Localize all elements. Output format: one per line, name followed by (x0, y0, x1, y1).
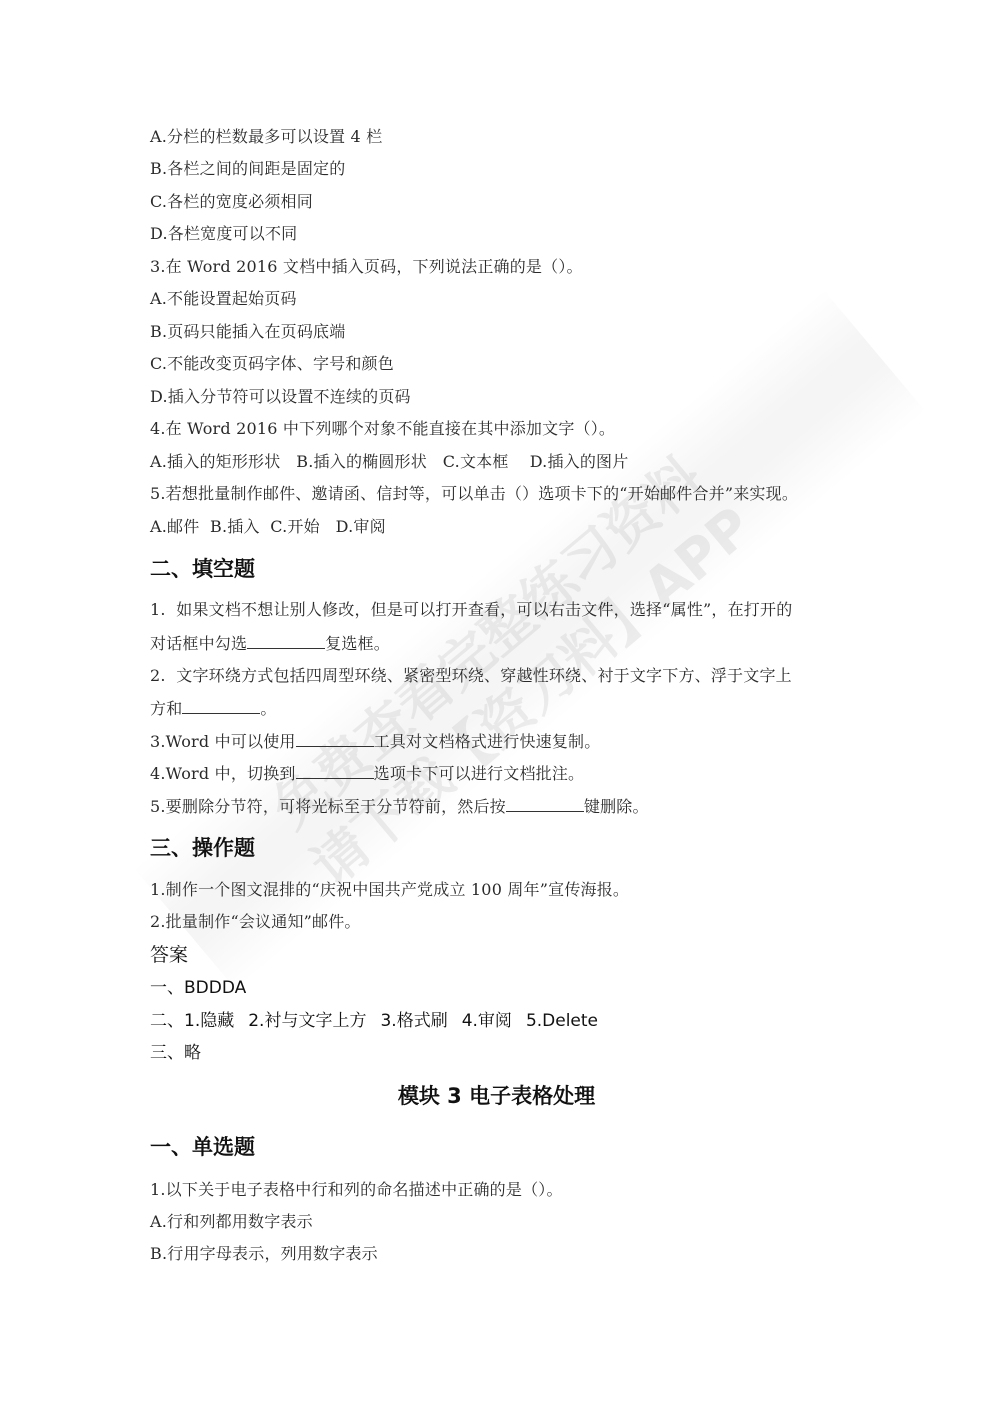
answer-item: 5.Delete (526, 1011, 598, 1031)
q2-option-b: B.各栏之间的间距是固定的 (150, 158, 345, 180)
fill-q5-pre: 5.要删除分节符，可将光标至于分节符前，然后按 (150, 797, 506, 816)
q2-option-c: C.各栏的宽度必须相同 (150, 191, 313, 213)
fill-q3-pre: 3.Word 中可以使用 (150, 732, 296, 751)
fill-q2-pre: 方和 (150, 699, 182, 718)
fill-q4-pre: 4.Word 中，切换到 (150, 764, 296, 783)
fill-q2-line2: 方和。 (150, 697, 277, 720)
answers-title: 答案 (150, 943, 188, 967)
answer-item: 2.衬与文字上方 (248, 1011, 366, 1031)
fill-q1-pre: 对话框中勾选 (150, 634, 247, 653)
fill-q2-line1: 2. 文字环绕方式包括四周型环绕、紧密型环绕、穿越性环绕、衬于文字下方、浮于文字… (150, 665, 792, 687)
q3-option-a: A.不能设置起始页码 (150, 288, 297, 310)
answers-part3: 三、略 (150, 1041, 201, 1065)
blank-line (296, 730, 374, 747)
q5-options: A.邮件 B.插入 C.开始 D.审阅 (150, 516, 386, 538)
fill-q1-line2: 对话框中勾选复选框。 (150, 632, 390, 655)
m3-q1-stem: 1.以下关于电子表格中行和列的命名描述中正确的是（）。 (150, 1179, 563, 1201)
section-operation-title: 三、操作题 (150, 834, 255, 862)
fill-q3-post: 工具对文档格式进行快速复制。 (374, 732, 601, 751)
fill-q2-post: 。 (260, 699, 276, 718)
blank-line (247, 632, 325, 649)
q5-stem: 5.若想批量制作邮件、邀请函、信封等，可以单击（）选项卡下的“开始邮件合并”来实… (150, 483, 798, 505)
q3-stem: 3.在 Word 2016 文档中插入页码，下列说法正确的是（）。 (150, 256, 583, 278)
answers-part2: 二、1.隐藏2.衬与文字上方3.格式刷4.审阅5.Delete (150, 1009, 598, 1033)
q3-option-c: C.不能改变页码字体、字号和颜色 (150, 353, 394, 375)
fill-q4: 4.Word 中，切换到选项卡下可以进行文档批注。 (150, 762, 584, 785)
blank-line (182, 697, 260, 714)
blank-line (296, 762, 374, 779)
answer-item: 4.审阅 (462, 1011, 512, 1031)
document-page: 免费查看完整练习资料 请下载【资刀料】APP A.分栏的栏数最多可以设置 4 栏… (0, 0, 993, 1404)
operation-item-1: 1.制作一个图文混排的“庆祝中国共产党成立 100 周年”宣传海报。 (150, 879, 629, 901)
operation-item-2: 2.批量制作“会议通知”邮件。 (150, 911, 361, 933)
m3-q1-option-b: B.行用字母表示，列用数字表示 (150, 1243, 378, 1265)
fill-q5: 5.要删除分节符，可将光标至于分节符前，然后按键删除。 (150, 795, 649, 818)
section-single-choice-title: 一、单选题 (150, 1133, 255, 1161)
answers-part1: 一、BDDDA (150, 976, 246, 1000)
blank-line (506, 795, 584, 812)
fill-q1-line1: 1. 如果文档不想让别人修改，但是可以打开查看，可以右击文件，选择“属性”，在打… (150, 599, 792, 621)
q2-option-d: D.各栏宽度可以不同 (150, 223, 297, 245)
fill-q1-post: 复选框。 (325, 634, 390, 653)
module-title: 模块 3 电子表格处理 (0, 1082, 993, 1110)
answer-item: 3.格式刷 (380, 1011, 447, 1031)
q3-option-d: D.插入分节符可以设置不连续的页码 (150, 386, 411, 408)
answer-item: 1.隐藏 (184, 1011, 234, 1031)
q4-stem: 4.在 Word 2016 中下列哪个对象不能直接在其中添加文字（）。 (150, 418, 615, 440)
m3-q1-option-a: A.行和列都用数字表示 (150, 1211, 313, 1233)
q4-options: A.插入的矩形形状 B.插入的椭圆形状 C.文本框 D.插入的图片 (150, 451, 628, 473)
q3-option-b: B.页码只能插入在页码底端 (150, 321, 345, 343)
fill-q5-post: 键删除。 (584, 797, 649, 816)
fill-q3: 3.Word 中可以使用工具对文档格式进行快速复制。 (150, 730, 600, 753)
section-fill-blank-title: 二、填空题 (150, 555, 255, 583)
fill-q4-post: 选项卡下可以进行文档批注。 (374, 764, 585, 783)
q2-option-a: A.分栏的栏数最多可以设置 4 栏 (150, 126, 382, 148)
answers-part2-prefix: 二、 (150, 1011, 184, 1031)
